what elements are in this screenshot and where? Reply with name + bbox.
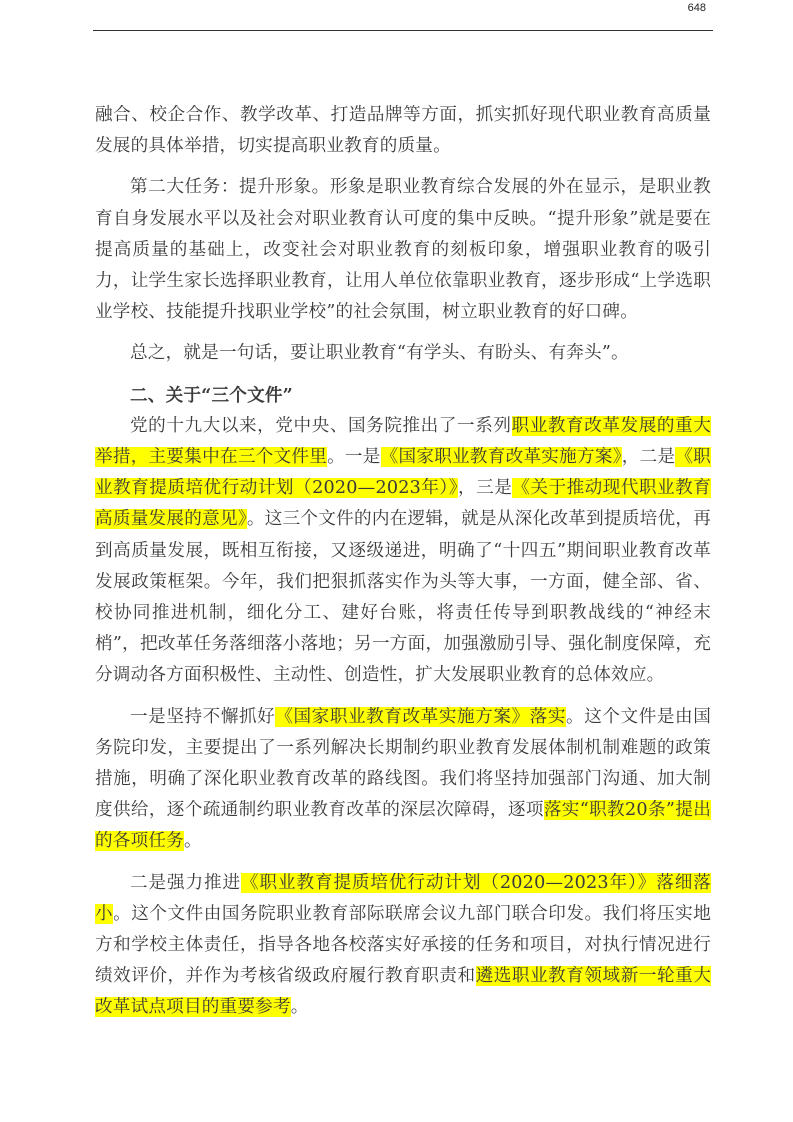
text-segment: ，二是 [622,447,676,467]
text-segment: 。 [291,997,309,1017]
paragraph-point-two: 二是强力推进《职业教育提质培优行动计划（2020—2023年）》落细落小。这个文… [95,868,711,1024]
text-segment: 第二大任务：提升形象。形象是职业教育综合发展的外在显示，是职业教育自身发展水平以… [95,177,711,322]
paragraph-summary: 总之，就是一句话，要让职业教育“有学头、有盼头、有奔头”。 [95,338,711,369]
text-segment: 一是坚持不懈抓好 [130,707,275,727]
text-segment: ，三是 [458,478,512,498]
paragraph-three-documents: 党的十九大以来，党中央、国务院推出了一系列职业教育改革发展的重大举措，主要集中在… [95,411,711,692]
text-segment: 总之，就是一句话，要让职业教育“有学头、有盼头、有奔头”。 [130,343,629,363]
highlighted-text: 《国家职业教育改革实施方案》落实 [275,707,566,727]
highlighted-text: 《国家职业教育改革实施方案》 [381,447,622,467]
document-body: 融合、校企合作、教学改革、打造品牌等方面，抓实抓好现代职业教育高质量发展的具体举… [95,100,711,1024]
paragraph-task-two: 第二大任务：提升形象。形象是职业教育综合发展的外在显示，是职业教育自身发展水平以… [95,172,711,328]
header-rule [93,30,713,31]
text-segment: 党的十九大以来，党中央、国务院推出了一系列 [130,416,512,436]
text-segment: 。这三个文件的内在逻辑，就是从深化改革到提质培优，再到高质量发展，既相互衔接，又… [95,509,711,685]
page-number: 648 [676,2,706,14]
section-heading: 二、关于“三个文件” [95,380,711,411]
text-segment: 二是强力推进 [130,873,241,893]
paragraph-1: 融合、校企合作、教学改革、打造品牌等方面，抓实抓好现代职业教育高质量发展的具体举… [95,100,711,162]
paragraph-point-one: 一是坚持不懈抓好《国家职业教育改革实施方案》落实。这个文件是由国务院印发，主要提… [95,702,711,858]
text-segment: 二、关于“三个文件” [130,385,293,406]
text-segment: 。一是 [327,447,381,467]
text-segment: 融合、校企合作、教学改革、打造品牌等方面，抓实抓好现代职业教育高质量发展的具体举… [95,105,711,156]
text-segment: 。 [184,831,202,851]
